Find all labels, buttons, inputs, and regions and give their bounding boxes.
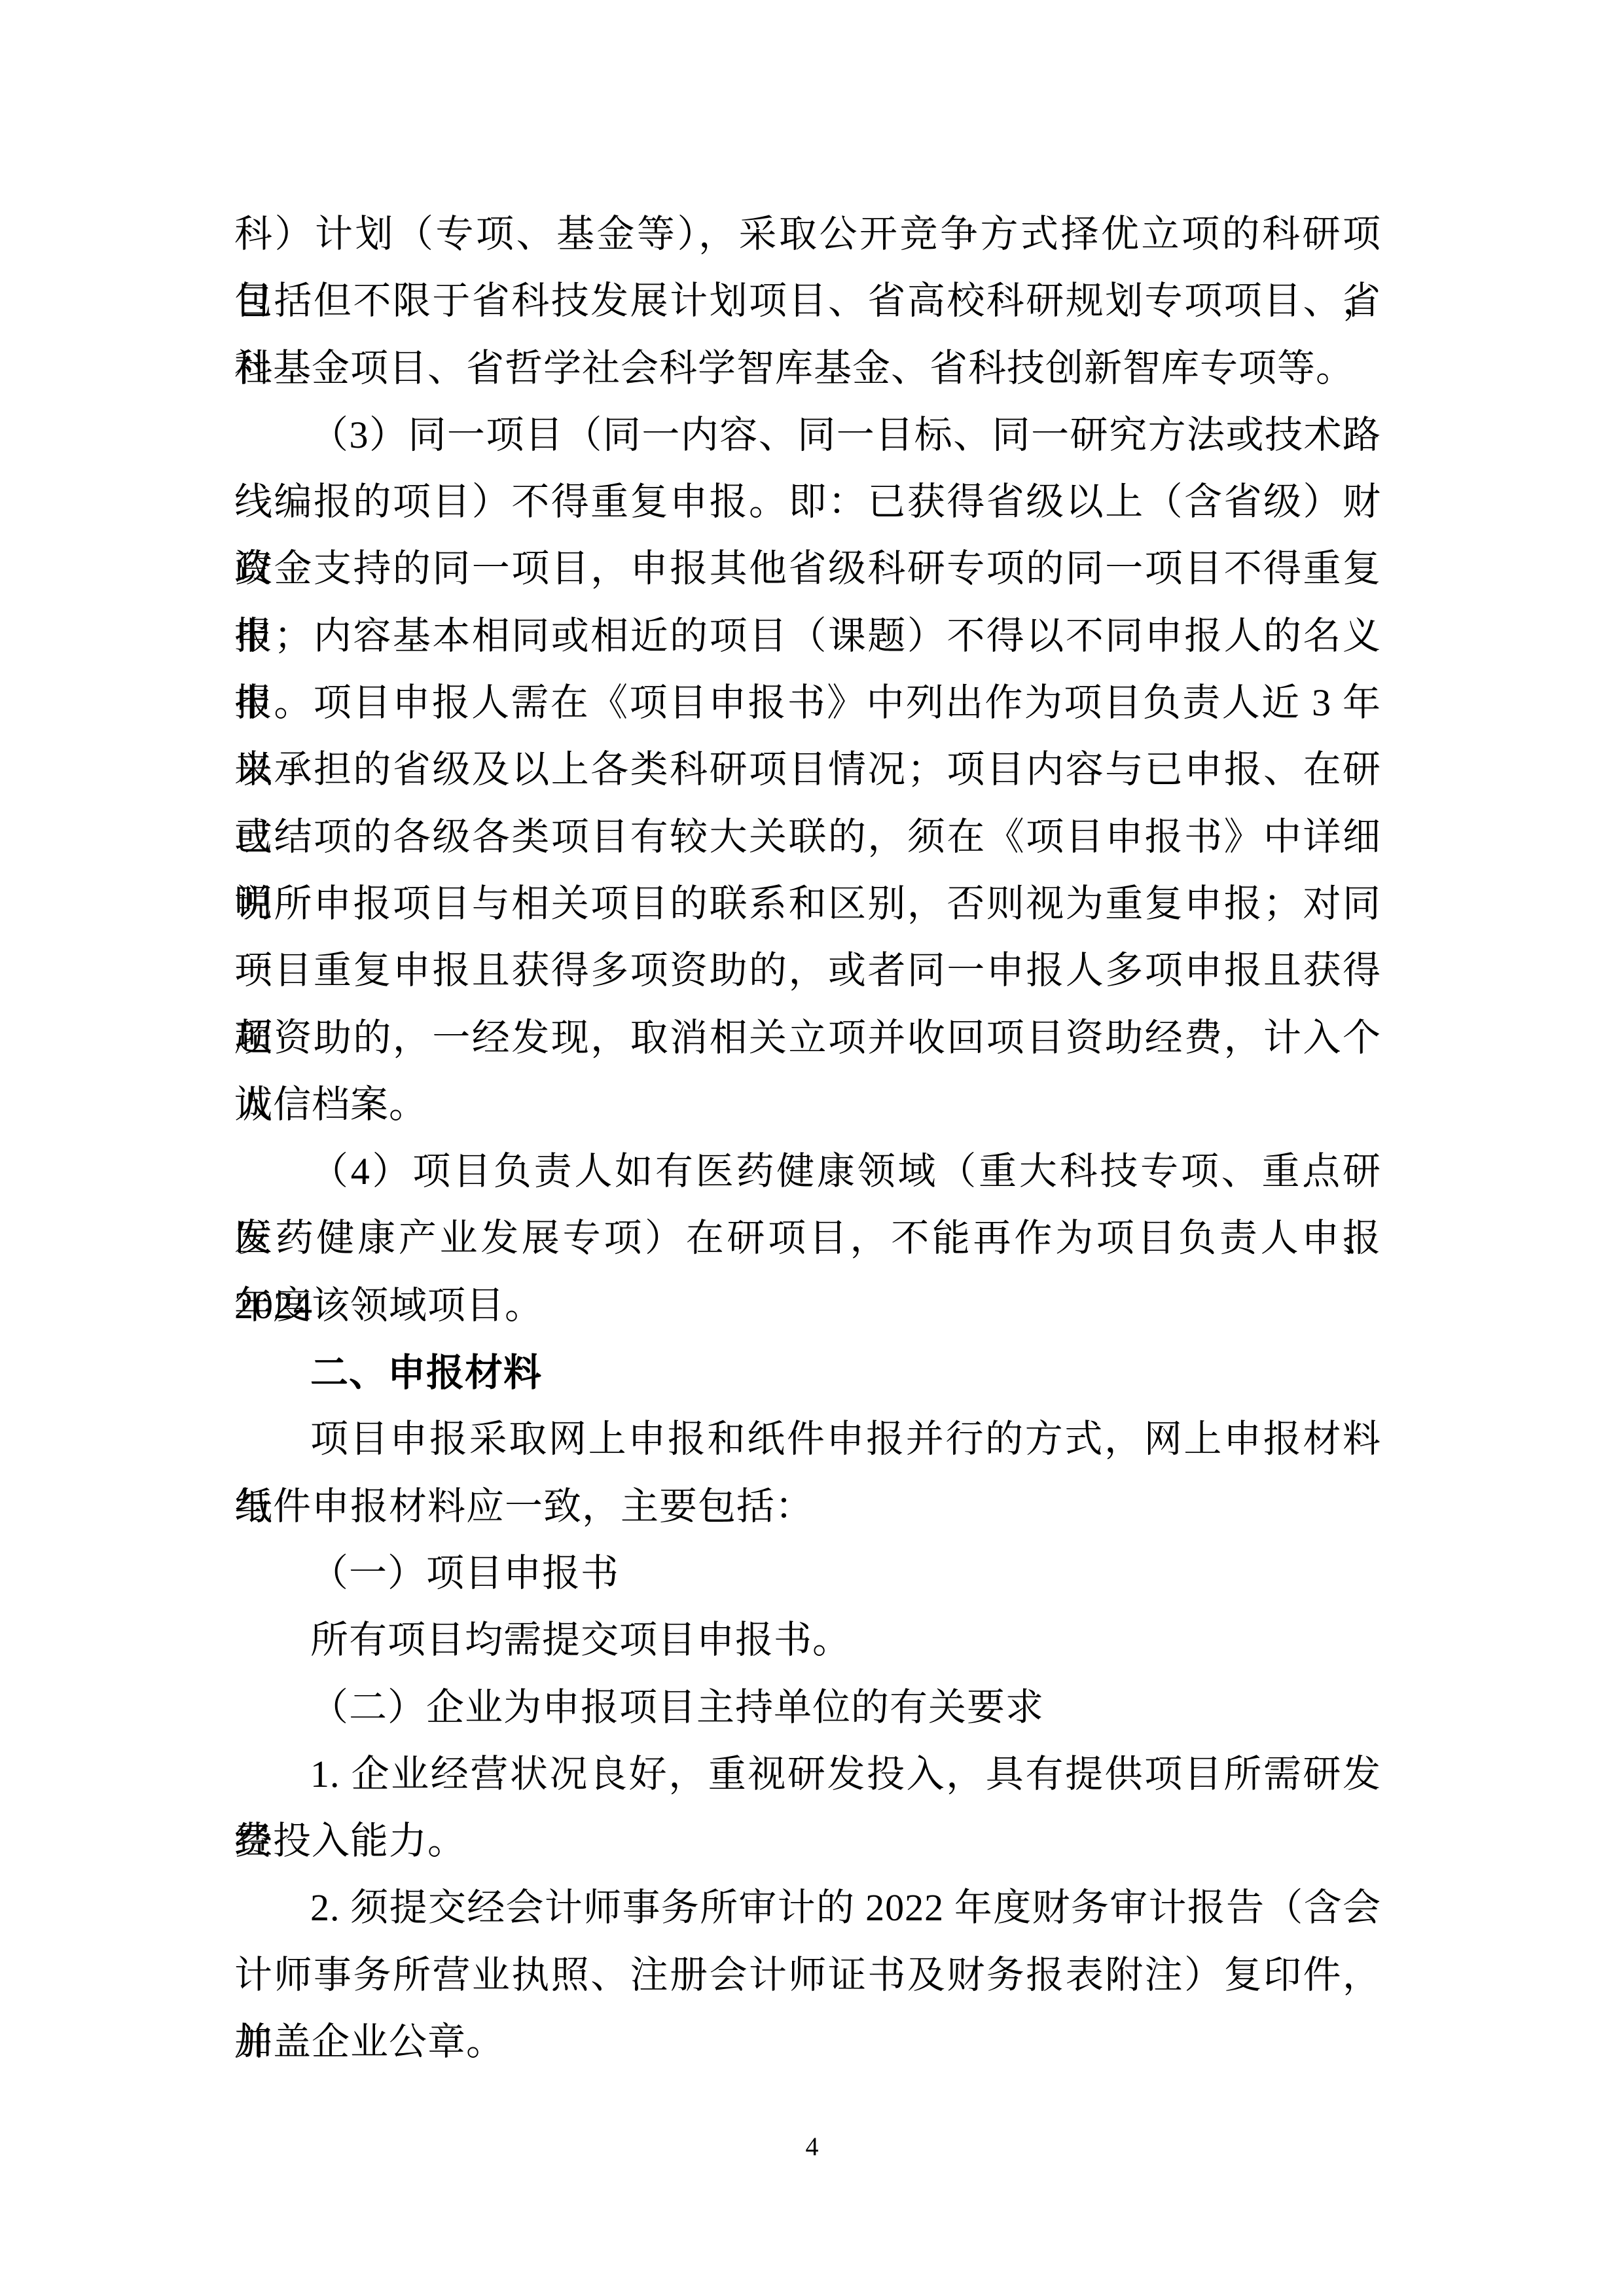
text-line: 线编报的项目）不得重复申报。即：已获得省级以上（含省级）财政 [234, 469, 1381, 535]
text-line: 明所申报项目与相关项目的联系和区别，否则视为重复申报；对同一 [234, 870, 1381, 937]
document-body: 科）计划（专项、基金等），采取公开竞争方式择优立项的科研项目，包括但不限于省科技… [234, 201, 1381, 2075]
document-page: 科）计划（专项、基金等），采取公开竞争方式择优立项的科研项目，包括但不限于省科技… [0, 0, 1624, 2296]
page-number: 4 [0, 2128, 1624, 2165]
text-line: 包括但不限于省科技发展计划项目、省高校科研规划专项项目、省社 [234, 268, 1381, 334]
text-line: 项目重复申报且获得多项资助的，或者同一申报人多项申报且获得超 [234, 937, 1381, 1004]
text-line: （4）项目负责人如有医药健康领域（重大科技专项、重点研发、 [234, 1138, 1381, 1205]
text-line: 纸件申报材料应一致，主要包括： [234, 1473, 1381, 1540]
text-line: 报；内容基本相同或相近的项目（课题）不得以不同申报人的名义申 [234, 603, 1381, 670]
text-line: （3）同一项目（同一内容、同一目标、同一研究方法或技术路 [234, 402, 1381, 469]
text-line: 2. 须提交经会计师事务所审计的 2022 年度财务审计报告（含会 [234, 1874, 1381, 1941]
text-line: 计师事务所营业执照、注册会计师证书及财务报表附注）复印件，并 [234, 1942, 1381, 2009]
text-line: 报。项目申报人需在《项目申报书》中列出作为项目负责人近 3 年以 [234, 670, 1381, 736]
text-line: 加盖企业公章。 [234, 2009, 1381, 2075]
text-line: 科）计划（专项、基金等），采取公开竞争方式择优立项的科研项目， [234, 201, 1381, 268]
text-line: 诚信档案。 [234, 1071, 1381, 1138]
text-line: 医药健康产业发展专项）在研项目，不能再作为项目负责人申报 2024 [234, 1205, 1381, 1272]
section-heading: 二、申报材料 [234, 1339, 1381, 1406]
text-line: （二）企业为申报项目主持单位的有关要求 [234, 1674, 1381, 1741]
text-line: 来承担的省级及以上各类科研项目情况；项目内容与已申报、在研或 [234, 736, 1381, 803]
text-line: 项资助的，一经发现，取消相关立项并收回项目资助经费，计入个人 [234, 1005, 1381, 1071]
text-line: 所有项目均需提交项目申报书。 [234, 1607, 1381, 1674]
text-line: 已结项的各级各类项目有较大关联的，须在《项目申报书》中详细说 [234, 804, 1381, 870]
text-line: 资金支持的同一项目，申报其他省级科研专项的同一项目不得重复申 [234, 535, 1381, 602]
text-line: 1. 企业经营状况良好，重视研发投入，具有提供项目所需研发经 [234, 1741, 1381, 1808]
text-line: 科基金项目、省哲学社会科学智库基金、省科技创新智库专项等。 [234, 335, 1381, 402]
text-line: （一）项目申报书 [234, 1540, 1381, 1607]
text-line: 项目申报采取网上申报和纸件申报并行的方式，网上申报材料与 [234, 1406, 1381, 1473]
text-line: 费投入能力。 [234, 1808, 1381, 1874]
text-line: 年度该领域项目。 [234, 1272, 1381, 1339]
